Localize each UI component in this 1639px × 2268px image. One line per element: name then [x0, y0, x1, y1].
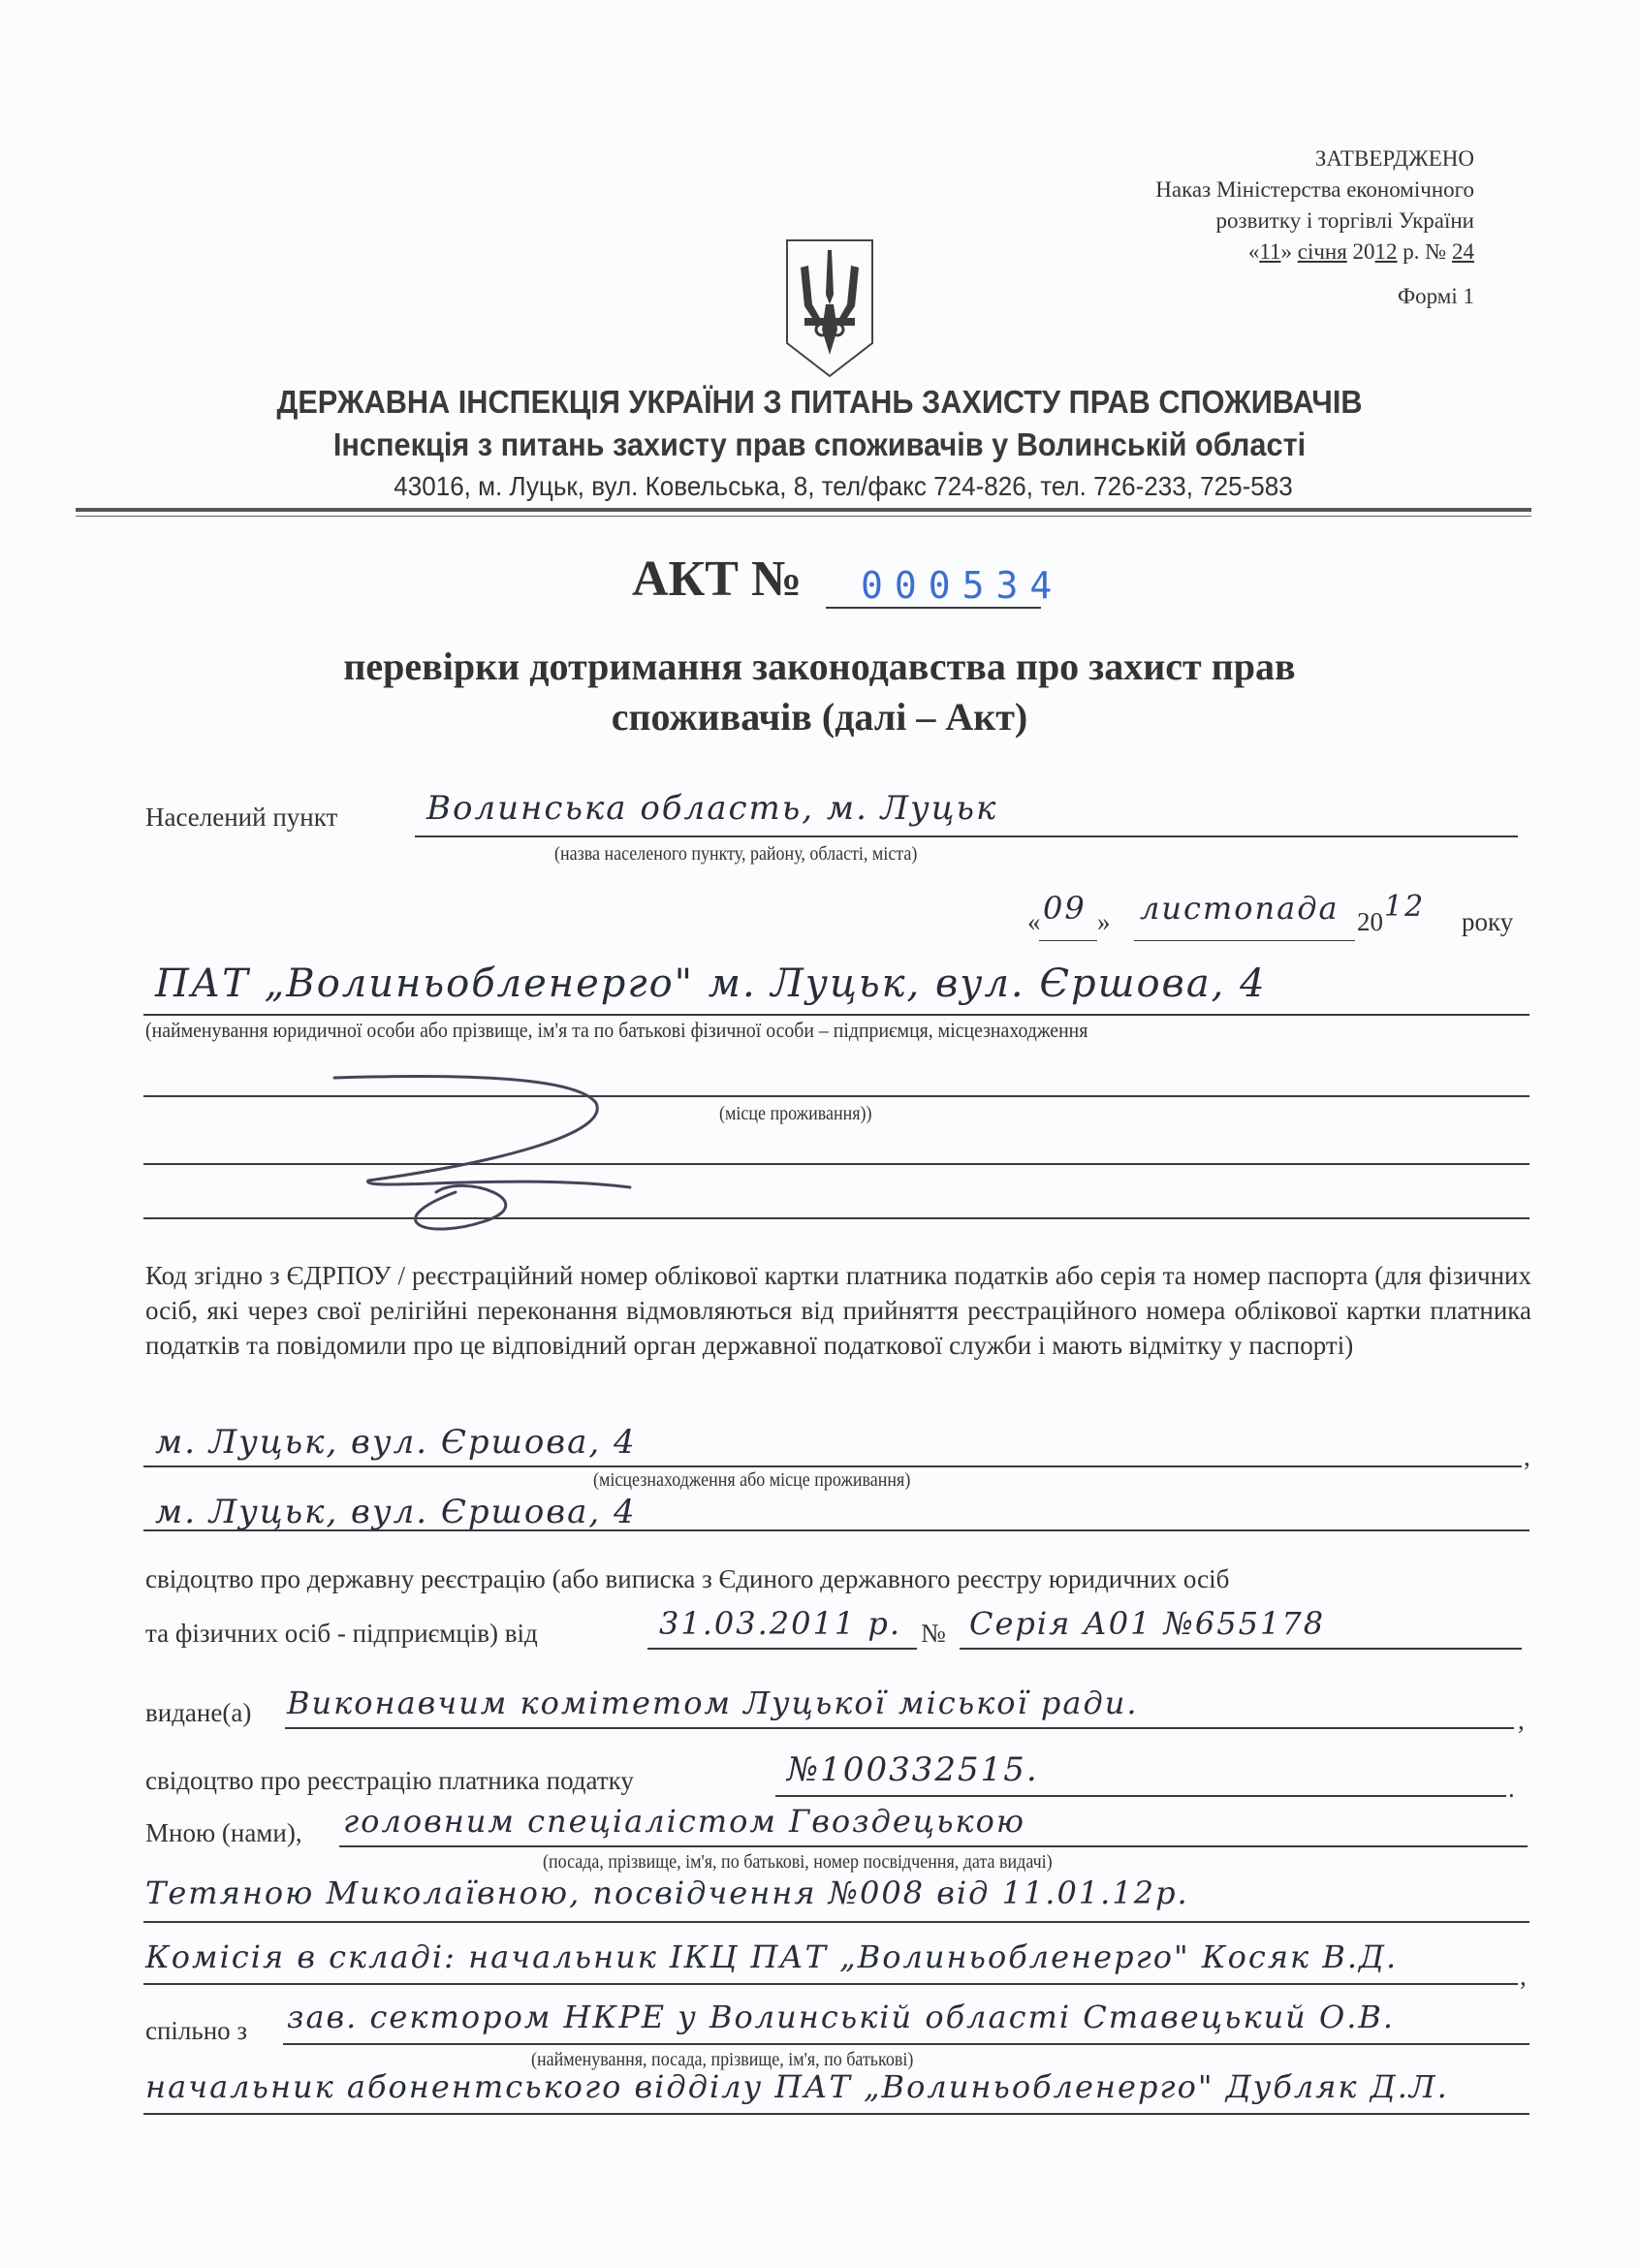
registration-number-label: №	[921, 1619, 946, 1649]
date-suffix: року	[1462, 907, 1513, 937]
settlement-underline	[415, 835, 1518, 837]
edrpou-comma: ,	[1524, 1442, 1530, 1472]
trident-coat-of-arms-icon	[783, 236, 876, 380]
registration-number-underline	[960, 1648, 1522, 1650]
tax-certificate-label: свідоцтво про реєстрацію платника податк…	[145, 1766, 634, 1796]
inspectors-line2[interactable]: Тетяною Миколаївною, посвідчення №008 ві…	[145, 1874, 1189, 1911]
edrpou-location-value[interactable]: м. Луцьк, вул. Єршова, 4	[155, 1423, 637, 1462]
header-divider-thin	[76, 516, 1531, 517]
date-month-underline	[1134, 940, 1355, 941]
issued-by-underline	[285, 1727, 1514, 1729]
order-year-prefix: 20	[1353, 239, 1375, 264]
strikeout-scribble-icon	[320, 1066, 727, 1260]
settlement-label: Населений пункт	[145, 803, 337, 833]
inspectors-label: Мною (нами),	[145, 1818, 302, 1848]
organization-subtitle: Інспекція з питань захисту прав споживач…	[57, 426, 1582, 463]
date-year-prefix: 20	[1357, 907, 1383, 937]
form-label: Формі 1	[1155, 281, 1474, 312]
issued-by-value[interactable]: Виконавчим комітетом Луцької міської рад…	[287, 1685, 1139, 1721]
registration-date-underline	[647, 1648, 917, 1650]
approval-line2: розвитку і торгівлі України	[1155, 205, 1474, 236]
inspectors-caption: (посада, прізвище, ім'я, по батькові, но…	[543, 1851, 1053, 1874]
order-year-suffix: 12	[1375, 239, 1398, 264]
act-number-stamp: 000534	[861, 564, 1063, 607]
edrpou-residence-underline	[143, 1529, 1529, 1531]
act-title-line1: перевірки дотримання законодавства про з…	[0, 644, 1639, 689]
tax-certificate-value[interactable]: №100332515.	[787, 1750, 1039, 1789]
tax-certificate-period: .	[1508, 1774, 1515, 1804]
order-month: січня	[1298, 239, 1347, 264]
approval-heading: ЗАТВЕРДЖЕНО	[1155, 143, 1474, 174]
approval-block: ЗАТВЕРДЖЕНО Наказ Міністерства економічн…	[1155, 143, 1474, 312]
registration-line1: свідоцтво про державну реєстрацію (або в…	[145, 1564, 1229, 1594]
approval-line1: Наказ Міністерства економічного	[1155, 174, 1474, 205]
date-day[interactable]: 09	[1043, 890, 1087, 927]
act-label: АКТ №	[632, 551, 802, 608]
settlement-value[interactable]: Волинська область, м. Луцьк	[426, 789, 997, 828]
date-day-underline	[1039, 940, 1097, 941]
jointly-underline2	[143, 2113, 1529, 2115]
date-month[interactable]: листопада	[1140, 890, 1340, 927]
edrpou-paragraph: Код згідно з ЄДРПОУ / реєстраційний номе…	[145, 1258, 1531, 1363]
entity-value[interactable]: ПАТ „Волиньобленерго" м. Луцьк, вул. Єрш…	[155, 961, 1267, 1006]
tax-certificate-underline	[775, 1795, 1506, 1797]
jointly-label: спільно з	[145, 2016, 247, 2046]
order-number-prefix: р. №	[1403, 239, 1446, 264]
registration-date[interactable]: 31.03.2011 р.	[659, 1605, 901, 1642]
inspectors-underline2	[143, 1921, 1529, 1923]
edrpou-underline	[143, 1465, 1522, 1467]
residence-caption: (місце проживання))	[719, 1103, 872, 1125]
issued-comma: ,	[1518, 1706, 1525, 1736]
order-number: 24	[1452, 239, 1474, 264]
registration-line2: та фізичних осіб - підприємців) від	[145, 1619, 538, 1649]
header-divider	[76, 508, 1531, 512]
approval-order-date: «11» січня 2012 р. № 24	[1155, 236, 1474, 268]
order-day: 11	[1259, 239, 1280, 264]
inspectors-line1[interactable]: головним спеціалістом Гвоздецькою	[343, 1803, 1025, 1840]
organization-address: 43016, м. Луцьк, вул. Ковельська, 8, тел…	[212, 471, 1474, 502]
jointly-line1[interactable]: зав. сектором НКРЕ у Волинській області …	[287, 1999, 1395, 2035]
inspectors-comma: ,	[1520, 1962, 1527, 1992]
jointly-underline1	[283, 2043, 1529, 2045]
location-caption: (місцезнаходження або місце проживання)	[593, 1469, 910, 1492]
registration-number[interactable]: Серія А01 №655178	[969, 1605, 1325, 1642]
act-title-line2: споживачів (далі – Акт)	[0, 694, 1639, 740]
settlement-caption: (назва населеного пункту, району, област…	[554, 843, 917, 866]
date-close-quote: »	[1097, 907, 1111, 937]
inspectors-line3[interactable]: Комісія в складі: начальник ІКЦ ПАТ „Вол…	[145, 1938, 1398, 1975]
inspectors-underline1	[339, 1845, 1528, 1847]
date-year-suffix[interactable]: 12	[1384, 890, 1425, 924]
entity-underline	[143, 1014, 1529, 1016]
edrpou-residence-value[interactable]: м. Луцьк, вул. Єршова, 4	[155, 1493, 637, 1531]
entity-caption: (найменування юридичної особи або прізви…	[145, 1018, 1087, 1043]
inspectors-underline3	[143, 1983, 1518, 1985]
organization-title: ДЕРЖАВНА ІНСПЕКЦІЯ УКРАЇНИ З ПИТАНЬ ЗАХИ…	[57, 384, 1582, 421]
issued-label: видане(а)	[145, 1698, 251, 1728]
date-open-quote: «	[1027, 907, 1041, 937]
jointly-line2[interactable]: начальник абонентського відділу ПАТ „Вол…	[145, 2068, 1449, 2105]
act-number-underline	[826, 607, 1041, 609]
